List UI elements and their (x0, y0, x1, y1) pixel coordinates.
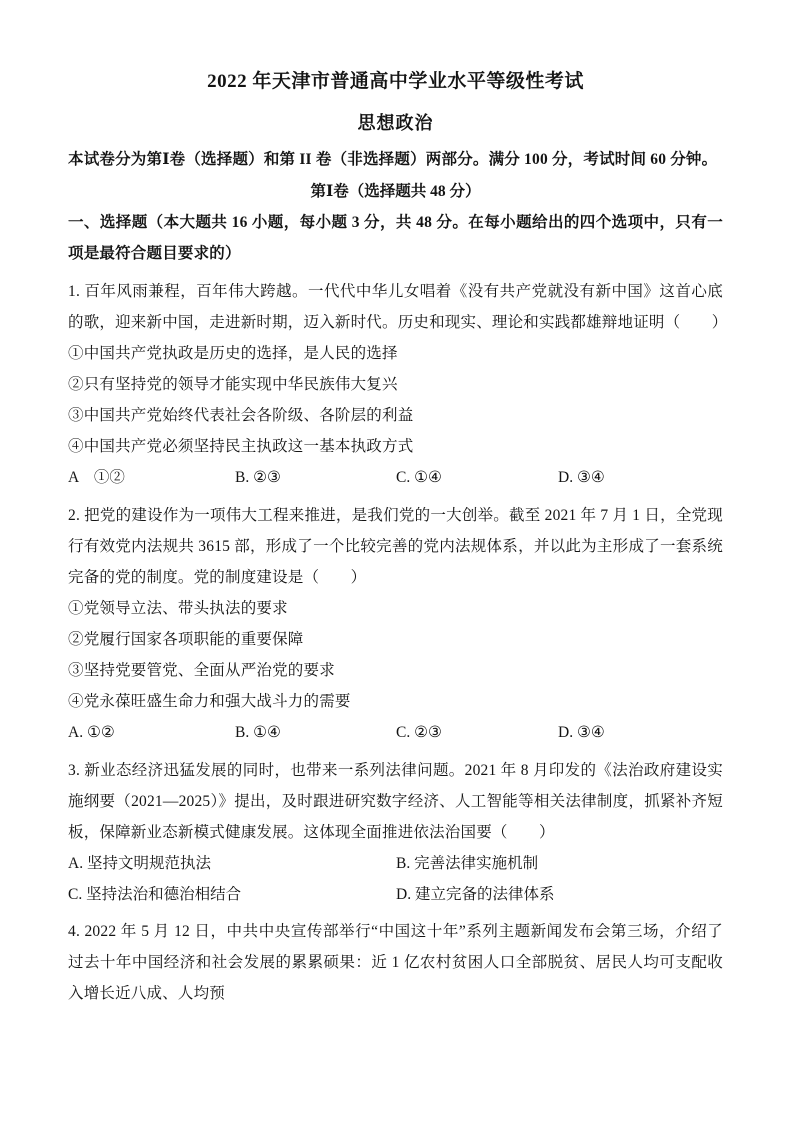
exam-note: 本试卷分为第Ⅰ卷（选择题）和第 II 卷（非选择题）两部分。满分 100 分，考… (68, 144, 723, 175)
question-1-option-d: D. ③④ (558, 462, 723, 493)
question-3: 3. 新业态经济迅猛发展的同时，也带来一系列法律问题。2021 年 8 月印发的… (68, 755, 723, 910)
question-3-option-a: A. 坚持文明规范执法 (68, 848, 396, 879)
question-2-item-1: ①党领导立法、带头执法的要求 (68, 593, 723, 624)
question-3-options: A. 坚持文明规范执法 B. 完善法律实施机制 C. 坚持法治和德治相结合 D.… (68, 848, 723, 910)
exam-title: 2022 年天津市普通高中学业水平等级性考试 (68, 68, 723, 96)
question-2-option-c: C. ②③ (396, 717, 558, 748)
question-2: 2. 把党的建设作为一项伟大工程来推进，是我们党的一大创举。截至 2021 年 … (68, 500, 723, 748)
question-1-option-a: A ①② (68, 462, 235, 493)
question-1-stem: 1. 百年风雨兼程，百年伟大跨越。一代代中华儿女唱着《没有共产党就没有新中国》这… (68, 276, 723, 338)
question-2-stem: 2. 把党的建设作为一项伟大工程来推进，是我们党的一大创举。截至 2021 年 … (68, 500, 723, 593)
question-2-option-b: B. ①④ (235, 717, 396, 748)
question-1: 1. 百年风雨兼程，百年伟大跨越。一代代中华儿女唱着《没有共产党就没有新中国》这… (68, 276, 723, 493)
question-1-options: A ①② B. ②③ C. ①④ D. ③④ (68, 462, 723, 493)
question-2-item-4: ④党永葆旺盛生命力和强大战斗力的需要 (68, 686, 723, 717)
question-2-item-2: ②党履行国家各项职能的重要保障 (68, 624, 723, 655)
question-4: 4. 2022 年 5 月 12 日，中共中央宣传部举行“中国这十年”系列主题新… (68, 916, 723, 1009)
question-1-item-4: ④中国共产党必须坚持民主执政这一基本执政方式 (68, 431, 723, 462)
question-3-stem: 3. 新业态经济迅猛发展的同时，也带来一系列法律问题。2021 年 8 月印发的… (68, 755, 723, 848)
question-1-option-b: B. ②③ (235, 462, 396, 493)
question-3-option-c: C. 坚持法治和德治相结合 (68, 879, 396, 910)
question-2-option-d: D. ③④ (558, 717, 723, 748)
question-2-options: A. ①② B. ①④ C. ②③ D. ③④ (68, 717, 723, 748)
question-1-item-1: ①中国共产党执政是历史的选择，是人民的选择 (68, 338, 723, 369)
section1-heading: 第Ⅰ卷（选择题共 48 分） (68, 176, 723, 207)
question-2-item-3: ③坚持党要管党、全面从严治党的要求 (68, 655, 723, 686)
question-1-item-3: ③中国共产党始终代表社会各阶级、各阶层的利益 (68, 400, 723, 431)
question-2-option-a: A. ①② (68, 717, 235, 748)
section1-instructions: 一、选择题（本大题共 16 小题，每小题 3 分，共 48 分。在每小题给出的四… (68, 207, 723, 269)
exam-subject: 思想政治 (68, 109, 723, 137)
question-3-option-d: D. 建立完备的法律体系 (396, 879, 723, 910)
exam-page: 2022 年天津市普通高中学业水平等级性考试 思想政治 本试卷分为第Ⅰ卷（选择题… (0, 0, 793, 1122)
question-1-option-c: C. ①④ (396, 462, 558, 493)
question-4-stem: 4. 2022 年 5 月 12 日，中共中央宣传部举行“中国这十年”系列主题新… (68, 916, 723, 1009)
question-1-item-2: ②只有坚持党的领导才能实现中华民族伟大复兴 (68, 369, 723, 400)
question-3-option-b: B. 完善法律实施机制 (396, 848, 723, 879)
